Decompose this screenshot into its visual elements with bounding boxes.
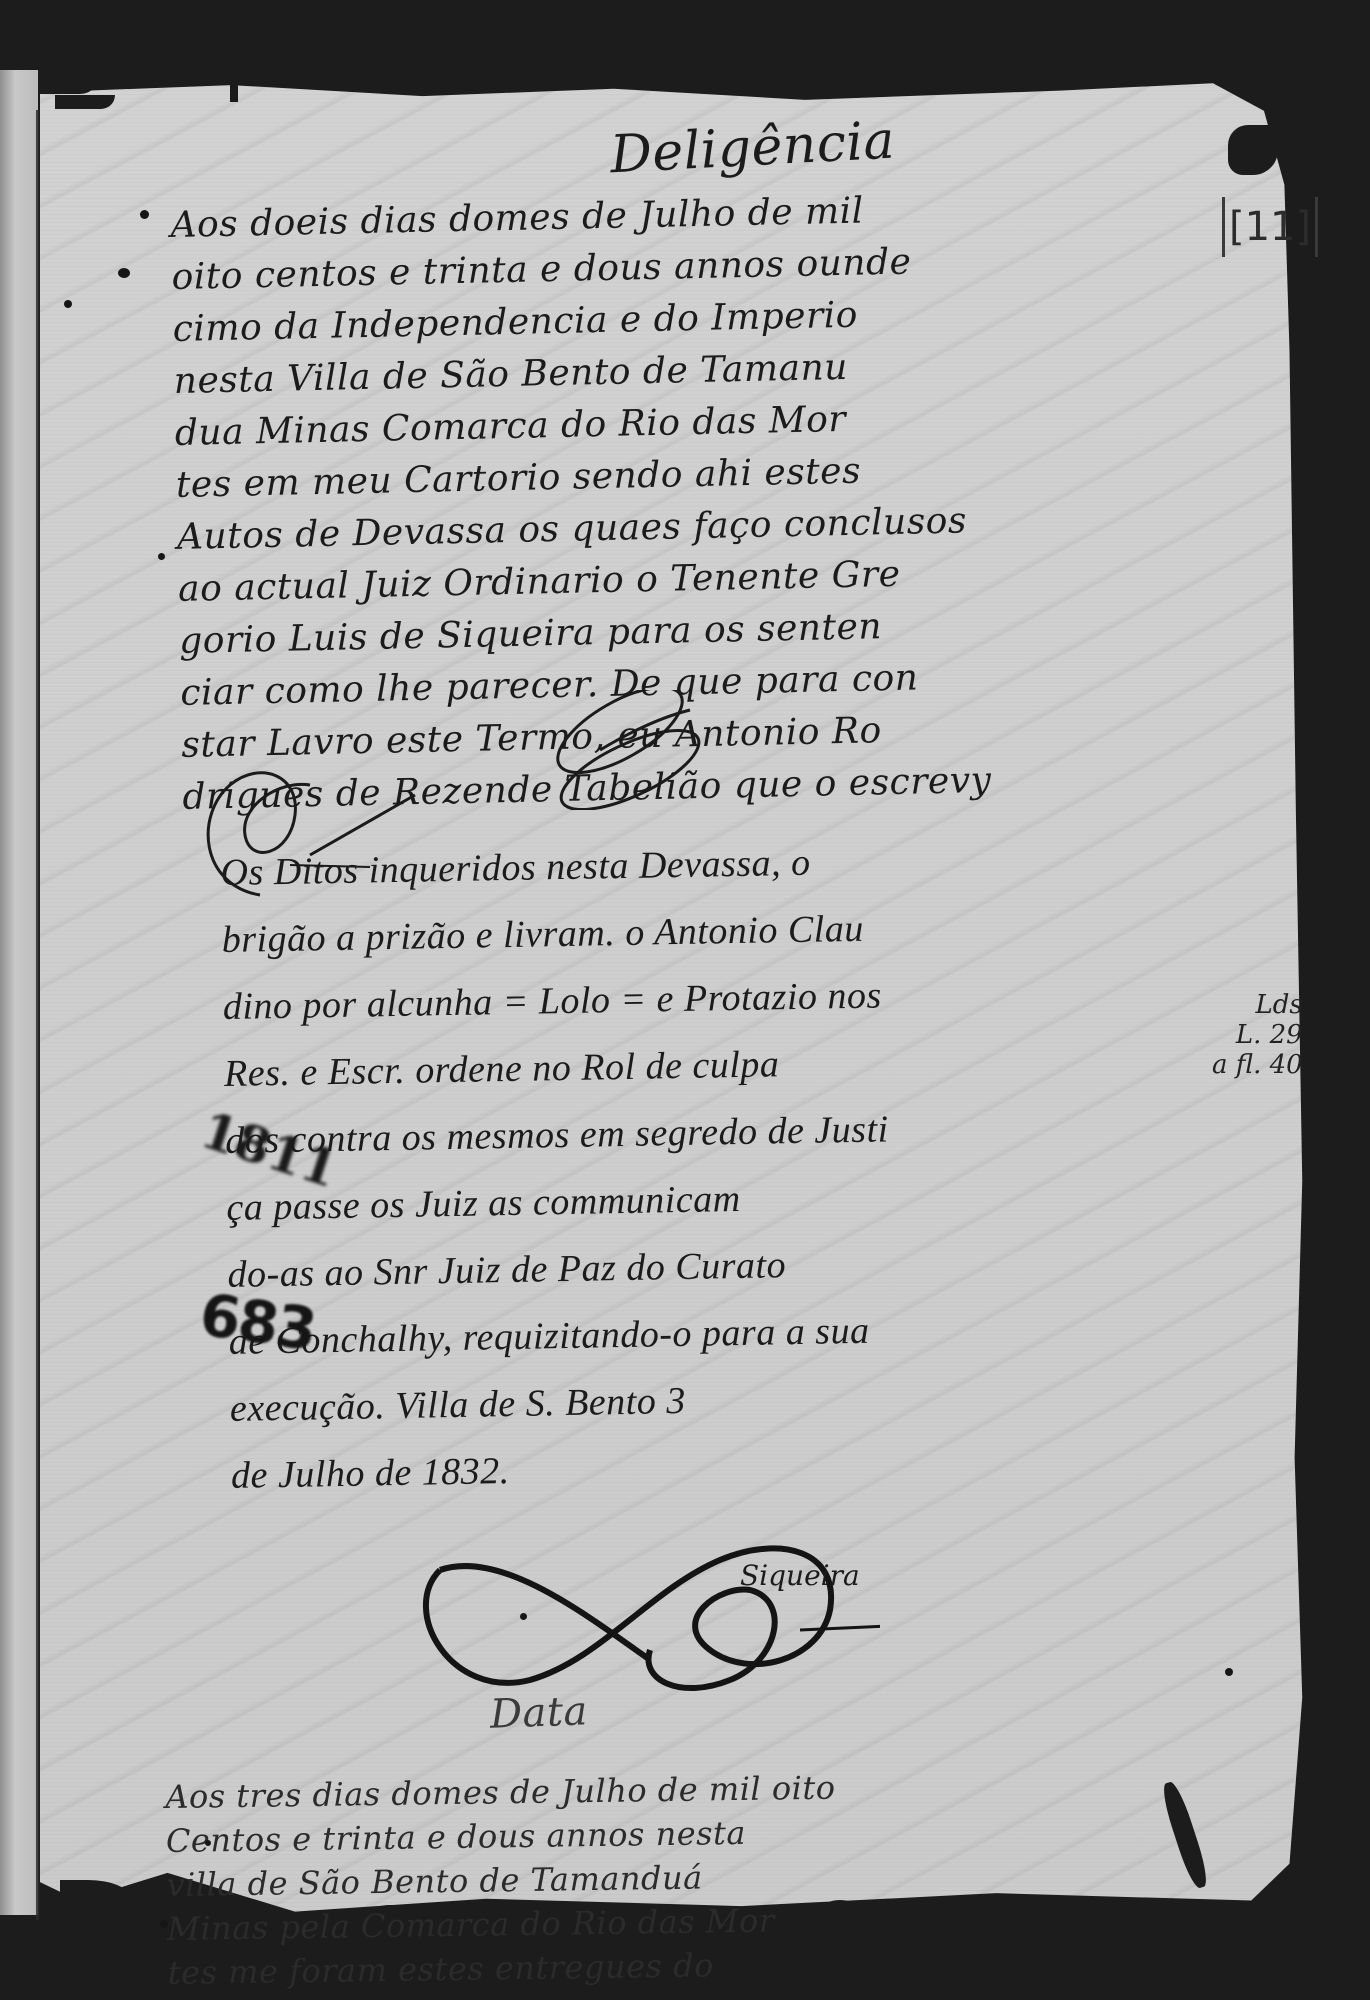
page-damage-top-left-2 bbox=[55, 95, 115, 109]
margin-note-line: L. 29 bbox=[1212, 1020, 1303, 1050]
section3-paragraph: Aos tres dias domes de Julho de mil oito… bbox=[165, 1766, 838, 1995]
text-line: Res. e Escr. ordene no Rol de culpa bbox=[224, 1029, 889, 1108]
page-damage-top-right bbox=[1228, 125, 1278, 175]
margin-note: Lds L. 29 a fl. 40 bbox=[1212, 990, 1303, 1080]
text-line: execução. Villa de S. Bento 3 bbox=[229, 1364, 894, 1443]
folio-number: [11] bbox=[1222, 197, 1318, 257]
text-line: brigão a prizão e livram. o Antonio Clau bbox=[221, 895, 886, 974]
ink-speck bbox=[158, 553, 165, 560]
signature-flourish-conclusos bbox=[540, 690, 770, 810]
text-line: Centos e trinta e dous annos nesta bbox=[166, 1810, 837, 1863]
scan-canvas: [11] Deligência Aos doeis dias domes de … bbox=[0, 0, 1370, 2000]
ink-mark-top bbox=[230, 82, 238, 102]
text-line: dino por alcunha = Lolo = e Protazio nos bbox=[222, 962, 887, 1041]
page-damage-bottom-3 bbox=[1000, 1895, 1060, 1920]
section3-heading: Data bbox=[489, 1688, 588, 1737]
text-line: de Julho de 1832. bbox=[231, 1431, 896, 1510]
text-line: Os Ditos inqueridos nesta Devassa, o bbox=[220, 828, 885, 907]
ink-speck bbox=[1225, 1668, 1233, 1676]
ink-speck bbox=[140, 210, 149, 219]
ink-speck bbox=[118, 268, 130, 278]
ink-speck bbox=[160, 1920, 168, 1928]
facing-page-edge bbox=[0, 70, 38, 1915]
text-line: Minas pela Comarca do Rio das Mor bbox=[167, 1898, 838, 1951]
ink-speck bbox=[64, 300, 72, 308]
text-line: do-as ao Snr Juiz de Paz do Curato bbox=[227, 1230, 892, 1309]
margin-note-line: a fl. 40 bbox=[1212, 1050, 1303, 1080]
text-line: tes me foram estes entregues do bbox=[167, 1942, 838, 1995]
margin-note-line: Lds bbox=[1212, 990, 1303, 1020]
binding-gutter bbox=[36, 110, 39, 1920]
text-line: de Conchalhy, requizitando-o para a sua bbox=[228, 1297, 893, 1376]
signature-text: Siqueira bbox=[740, 1559, 860, 1592]
ink-speck bbox=[205, 1840, 211, 1846]
ink-speck bbox=[520, 1613, 527, 1620]
